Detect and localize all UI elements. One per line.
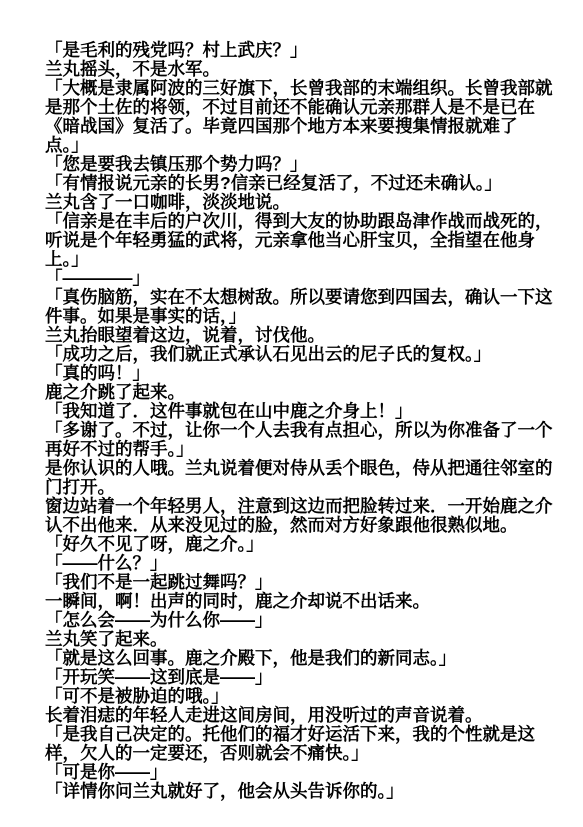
text-line: 「真的吗！」 <box>45 364 563 383</box>
text-line: 点。」 <box>45 136 563 155</box>
text-line: 样，欠人的一定要还，否则就会不痛快。」 <box>45 744 563 763</box>
text-line: 「信亲是在丰后的户次川，得到大友的协助跟岛津作战而战死的， <box>45 212 563 231</box>
text-line: 「怎么会——为什么你——」 <box>45 611 563 630</box>
text-line: 「我们不是一起跳过舞吗？」 <box>45 573 563 592</box>
text-line: 长着泪痣的年轻人走进这间房间，用没听过的声音说着。 <box>45 706 563 725</box>
text-line: 「多谢了。不过，让你一个人去我有点担心，所以为你准备了一个 <box>45 421 563 440</box>
text-line: 再好不过的帮手。」 <box>45 440 563 459</box>
text-line: 「真伤脑筋，实在不太想树敌。所以要请您到四国去，确认一下这 <box>45 288 563 307</box>
text-line: 一瞬间，啊！出声的同时，鹿之介却说不出话来。 <box>45 592 563 611</box>
text-line: 件事。如果是事实的话，」 <box>45 307 563 326</box>
text-line: 「好久不见了呀，鹿之介。」 <box>45 535 563 554</box>
text-line: 「————」 <box>45 269 563 288</box>
text-line: 兰丸含了一口咖啡，淡淡地说。 <box>45 193 563 212</box>
text-line: 「详情你问兰丸就好了，他会从头告诉你的。」 <box>45 782 563 801</box>
text-line: 「开玩笑——这到底是——」 <box>45 668 563 687</box>
text-line: 「成功之后，我们就正式承认石见出云的尼子氏的复权。」 <box>45 345 563 364</box>
text-line: 「我知道了．这件事就包在山中鹿之介身上！」 <box>45 402 563 421</box>
text-line: 门打开。 <box>45 478 563 497</box>
text-line: 是那个土佐的将领，不过目前还不能确认元亲那群人是不是已在 <box>45 98 563 117</box>
text-line: 「是毛利的残党吗？村上武庆？」 <box>45 41 563 60</box>
text-line: 上。」 <box>45 250 563 269</box>
text-line: 是你认识的人哦。兰丸说着便对侍从丢个眼色，侍从把通往邻室的 <box>45 459 563 478</box>
text-line: 「有情报说元亲的长男?信亲已经复活了，不过还未确认。」 <box>45 174 563 193</box>
text-line: 兰丸摇头，不是水军。 <box>45 60 563 79</box>
text-line: 兰丸笑了起来。 <box>45 630 563 649</box>
text-line: 「可不是被胁迫的哦。」 <box>45 687 563 706</box>
novel-page: 「是毛利的残党吗？村上武庆？」兰丸摇头，不是水军。「大概是隶属阿波的三好旗下，长… <box>0 0 583 827</box>
text-line: 「大概是隶属阿波的三好旗下，长曾我部的末端组织。长曾我部就 <box>45 79 563 98</box>
text-line: 《暗战国》复活了。毕竟四国那个地方本来要搜集情报就难了 <box>45 117 563 136</box>
text-line: 听说是个年轻勇猛的武将，元亲拿他当心肝宝贝，全指望在他身 <box>45 231 563 250</box>
text-line: 兰丸抬眼望着这边，说着，讨伐他。 <box>45 326 563 345</box>
novel-text: 「是毛利的残党吗？村上武庆？」兰丸摇头，不是水军。「大概是隶属阿波的三好旗下，长… <box>45 41 563 801</box>
text-line: 「就是这么回事。鹿之介殿下，他是我们的新同志。」 <box>45 649 563 668</box>
text-line: 认不出他来．从来没见过的脸，然而对方好象跟他很熟似地。 <box>45 516 563 535</box>
text-line: 「可是你——」 <box>45 763 563 782</box>
text-line: 鹿之介跳了起来。 <box>45 383 563 402</box>
text-line: 「是我自己决定的。托他们的福才好运活下来，我的个性就是这 <box>45 725 563 744</box>
text-line: 「您是要我去镇压那个势力吗？」 <box>45 155 563 174</box>
text-line: 窗边站着一个年轻男人，注意到这边而把脸转过来．一开始鹿之介 <box>45 497 563 516</box>
text-line: 「——什么？」 <box>45 554 563 573</box>
